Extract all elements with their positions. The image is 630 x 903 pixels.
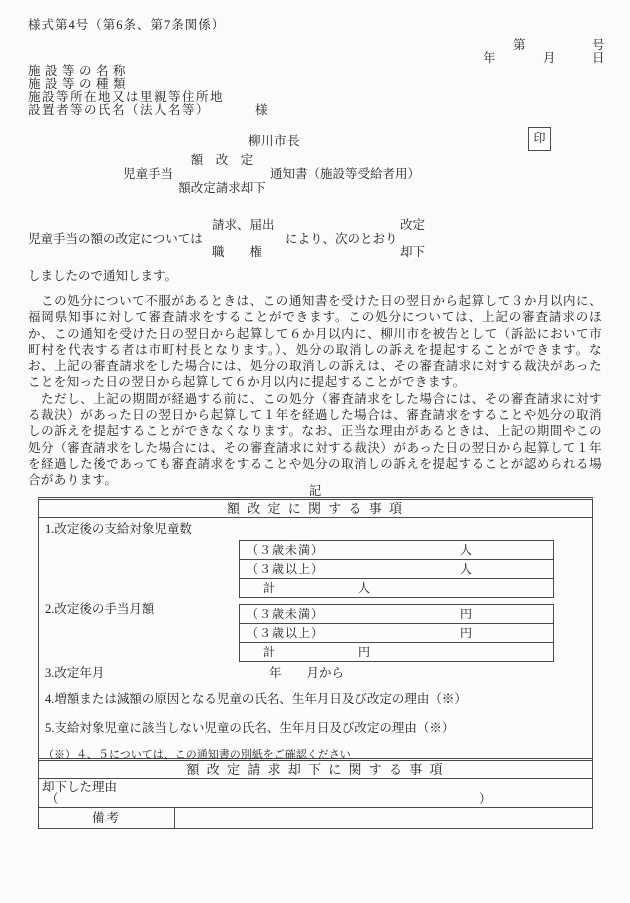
title-prefix: 児童手当 — [123, 167, 173, 181]
recipient-line-founder-name: 設置者等の氏名（法人名等） — [28, 103, 210, 117]
paren-open: （ — [46, 792, 59, 806]
table-row: （３歳以上） 人 — [240, 559, 553, 578]
form-number: 様式第4号（第6条、第7条関係） — [28, 18, 225, 32]
seal-box: 印 — [528, 127, 551, 151]
remarks-row: 備考 — [39, 808, 592, 828]
total-label: 計 — [263, 579, 276, 597]
item1-label: 1.改定後の支給対象児童数 — [45, 522, 192, 536]
table-total-row: 計 人 — [240, 578, 553, 597]
title-option-bottom: 額改定請求却下 — [176, 181, 268, 195]
item2-label: 2.改定後の手当月額 — [45, 602, 154, 616]
notice-method-option-bottom: 職 権 — [212, 245, 262, 259]
issuer-name: 柳川市長 — [248, 134, 300, 148]
total-label: 計 — [263, 643, 276, 661]
notice-closing: しましたので通知します。 — [28, 269, 177, 283]
notice-connector: により、次のとおり — [285, 232, 398, 246]
rejection-reason-row: 却下した理由 （ ） — [39, 779, 592, 808]
row-unit: 人 — [460, 541, 472, 559]
child-count-table: （３歳未満） 人 （３歳以上） 人 計 人 — [239, 540, 554, 598]
date-day-label: 日 — [592, 51, 605, 65]
item5-label: 5.支給対象児童に該当しない児童の氏名、生年月日及び改定の理由（※） — [45, 721, 454, 735]
row-unit: 円 — [460, 624, 472, 642]
notice-result-option-top: 改定 — [400, 218, 425, 232]
table-row: （３歳未満） 円 — [240, 605, 553, 623]
appeal-paragraph: この処分について不服があるときは、この通知書を受けた日の翌日から起算して３か月以… — [28, 293, 602, 391]
notice-result-option-bottom: 却下 — [400, 245, 425, 259]
total-unit: 円 — [358, 643, 370, 661]
title-suffix: 通知書（施設等受給者用） — [270, 167, 420, 181]
row-unit: 人 — [460, 560, 472, 578]
legal-text-block: この処分について不服があるときは、この通知書を受けた日の翌日から起算して３か月以… — [28, 293, 602, 489]
row-unit: 円 — [460, 605, 472, 623]
table-row: （３歳未満） 人 — [240, 541, 553, 559]
item3-value: 年 月から — [269, 666, 344, 680]
remarks-label: 備考 — [39, 808, 175, 828]
item3-label: 3.改定年月 — [45, 666, 104, 680]
row-label: （３歳以上） — [246, 624, 324, 642]
honorific-label: 様 — [255, 103, 268, 117]
limitation-paragraph: ただし、上記の期間が経過する前に、この処分（審査請求をした場合には、その審査請求… — [28, 391, 602, 489]
title-option-top: 額 改 定 — [176, 153, 268, 167]
paren-close: ） — [479, 792, 492, 806]
date-year-label: 年 — [483, 51, 496, 65]
doc-number-prefix: 第 — [513, 38, 526, 52]
revision-table-header: 額 改 定 に 関 す る 事 項 — [39, 500, 592, 518]
row-label: （３歳未満） — [246, 541, 324, 559]
total-unit: 人 — [358, 579, 370, 597]
date-month-label: 月 — [543, 51, 556, 65]
notice-method-option-top: 請求、届出 — [212, 218, 275, 232]
revision-table-body: 1.改定後の支給対象児童数 （３歳未満） 人 （３歳以上） 人 計 人 2.改定… — [39, 518, 592, 758]
table-row: （３歳以上） 円 — [240, 623, 553, 642]
table-total-row: 計 円 — [240, 642, 553, 661]
document-page: { "colors": { "page_bg": "#fbfbfb", "tex… — [0, 0, 630, 903]
row-label: （３歳未満） — [246, 605, 324, 623]
monthly-amount-table: （３歳未満） 円 （３歳以上） 円 計 円 — [239, 604, 554, 662]
remarks-value — [175, 808, 592, 828]
footnote: （※）４、５については、この通知書の別紙をご確認ください — [43, 749, 351, 762]
seal-label: 印 — [533, 132, 545, 146]
row-label: （３歳以上） — [246, 560, 324, 578]
item4-label: 4.増額または減額の原因となる児童の氏名、生年月日及び改定の理由（※） — [45, 692, 467, 706]
revision-details-table: 額 改 定 に 関 す る 事 項 1.改定後の支給対象児童数 （３歳未満） 人… — [38, 497, 593, 829]
notice-lead: 児童手当の額の改定については — [28, 232, 203, 246]
